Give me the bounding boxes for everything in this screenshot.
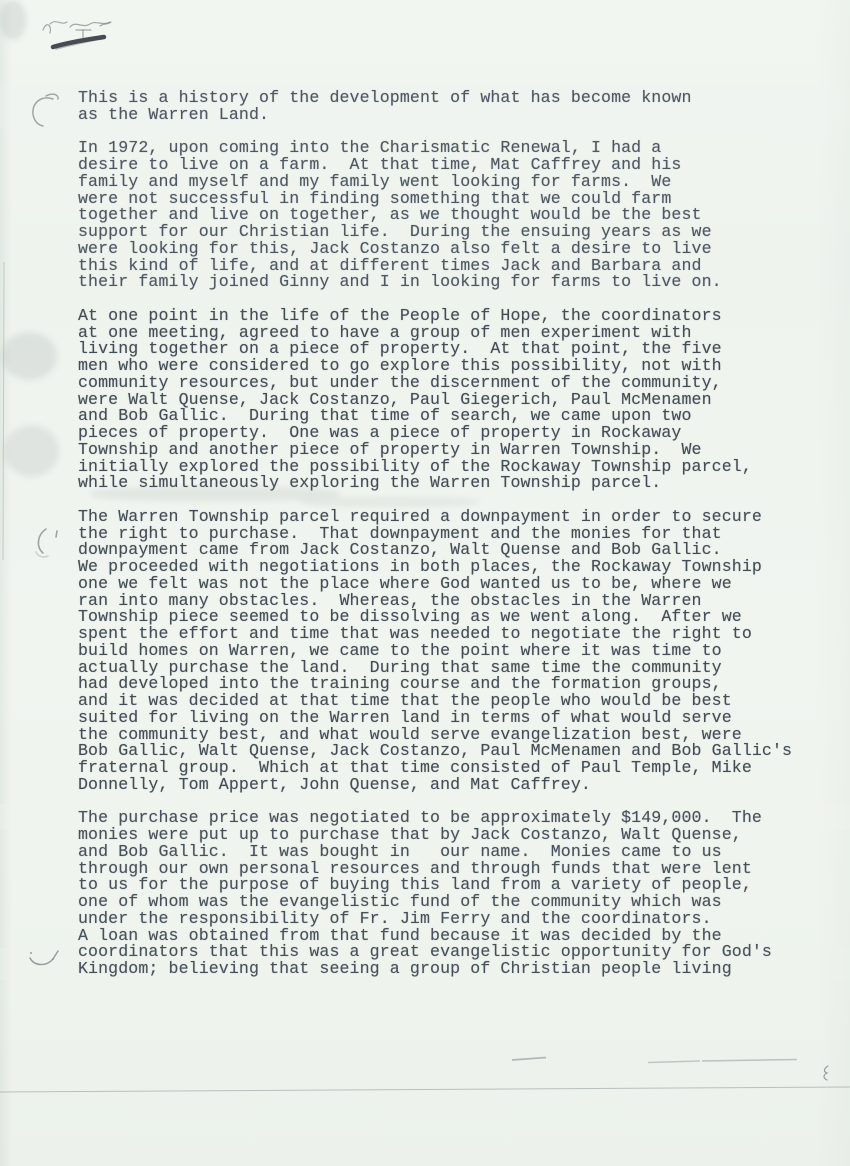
margin-paren-mark xyxy=(36,529,57,557)
scan-smudge xyxy=(0,0,26,40)
paragraph-purchase-price: The purchase price was negotiated to be … xyxy=(78,810,828,978)
paragraph-intro: This is a history of the development of … xyxy=(78,90,828,124)
scribble-underline-echo xyxy=(56,39,102,49)
paragraph-people-of-hope: At one point in the life of the People o… xyxy=(78,308,828,492)
scribble-underline-stroke xyxy=(53,37,104,47)
scan-artifact-line xyxy=(702,1060,797,1062)
scan-artifact-line xyxy=(512,1058,546,1061)
scan-artifact-line-long xyxy=(0,1087,850,1092)
scanned-document-page: This is a history of the development of … xyxy=(0,0,850,1166)
scan-edge-line xyxy=(3,262,4,560)
handwritten-scribble xyxy=(43,22,111,41)
stray-pen-mark xyxy=(824,1066,828,1080)
scan-smudge xyxy=(2,332,57,380)
scan-smudge xyxy=(4,425,59,477)
typed-text-block: This is a history of the development of … xyxy=(78,90,828,995)
paragraph-downpayment: The Warren Township parcel required a do… xyxy=(78,509,828,794)
scan-artifact-line xyxy=(648,1061,700,1063)
margin-check-curve xyxy=(30,951,58,965)
paragraph-1972-farm: In 1972, upon coming into the Charismati… xyxy=(78,140,828,291)
margin-curve-mark xyxy=(33,94,58,126)
